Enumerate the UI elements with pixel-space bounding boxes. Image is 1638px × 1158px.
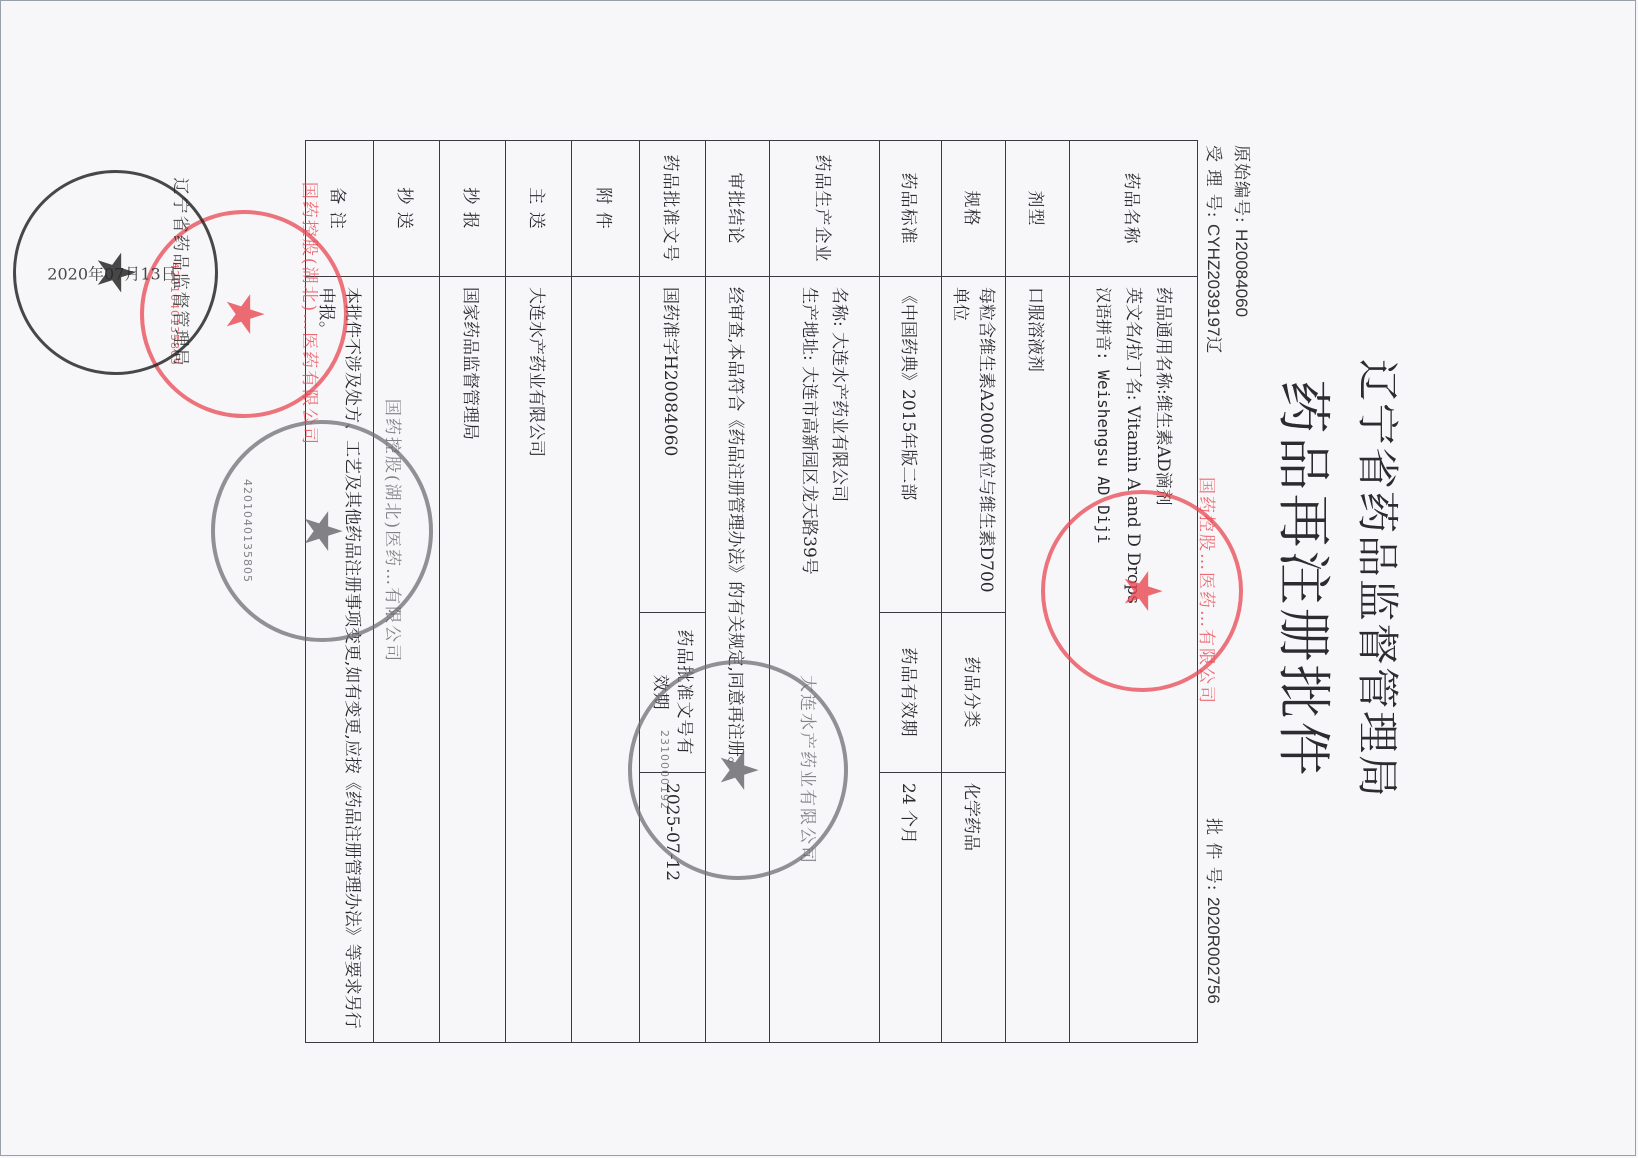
table-row: 药品标准 《中国药典》2015年版二部 药品有效期 24 个月	[880, 141, 942, 1043]
table-row: 规格 每粒含维生素A2000单位与维生素D700单位 药品分类 化学药品	[942, 141, 1006, 1043]
authority-date-seal: ★ 辽宁省药品监督管理局 2020年07月13日	[13, 170, 218, 375]
document-title: 药品再注册批件	[1269, 0, 1346, 1158]
distributor-seal-gray: ★ 国药控股(湖北)医药…有限公司 4201040135805	[211, 420, 433, 642]
report-to-value: 国家药品监督管理局	[440, 277, 506, 1043]
seal-code: 2310000192	[658, 730, 671, 810]
dosage-form-value: 口服溶液剂	[1006, 277, 1070, 1043]
star-icon: ★	[296, 508, 348, 555]
manufacturer-name: 名称: 大连水产药业有限公司	[825, 287, 855, 1032]
dosage-form-label: 剂型	[1006, 141, 1070, 277]
validity-value: 24 个月	[880, 773, 942, 1043]
company-seal-red-top: ★ 国药控股…医药…有限公司	[1041, 490, 1243, 692]
approval-number: 批 件 号: 2020R002756	[1203, 818, 1228, 1004]
report-to-label: 抄 报	[440, 141, 506, 277]
attachment-label: 附 件	[572, 141, 640, 277]
star-icon: ★	[218, 291, 270, 338]
seal-code: 4201040135805	[241, 479, 254, 583]
issuing-organization: 辽宁省药品监督管理局	[1350, 0, 1410, 1158]
table-row: 抄 报 国家药品监督管理局	[440, 141, 506, 1043]
manufacturer-label: 药品生产企业	[770, 141, 880, 277]
seal-text: 国药控股(湖北)…医药有限公司	[299, 182, 324, 446]
drug-name-label: 药品名称	[1070, 141, 1198, 277]
conclusion-label: 审批结论	[706, 141, 770, 277]
validity-label: 药品有效期	[880, 613, 942, 773]
approval-doc-value: 国药准字H20084060	[640, 277, 706, 613]
main-recipient-label: 主 送	[506, 141, 572, 277]
registration-certificate-page: 辽宁省药品监督管理局 药品再注册批件 原始编号: H20084060 受 理 号…	[0, 0, 1638, 1158]
table-row: 审批结论 经审查,本品符合《药品注册管理办法》的有关规定,同意再注册。	[706, 141, 770, 1043]
original-number: 原始编号: H20084060	[1231, 145, 1256, 317]
standard-label: 药品标准	[880, 141, 942, 277]
acceptance-number: 受 理 号: CYHZ2039197辽	[1203, 145, 1228, 353]
seal-date: 2020年07月13日	[47, 261, 176, 284]
acceptance-number-label: 受 理 号:	[1203, 145, 1223, 219]
star-icon: ★	[712, 747, 764, 794]
table-row: 主 送 大连水产药业有限公司	[506, 141, 572, 1043]
specification-label: 规格	[942, 141, 1006, 277]
seal-text: 国药控股…医药…有限公司	[1196, 477, 1221, 705]
category-value: 化学药品	[942, 773, 1006, 1043]
approval-number-value: 2020R002756	[1204, 897, 1223, 1004]
attachment-value	[572, 277, 640, 1043]
original-number-label: 原始编号:	[1231, 145, 1251, 224]
table-row: 附 件	[572, 141, 640, 1043]
table-row: 药品生产企业 名称: 大连水产药业有限公司 生产地址: 大连市高新园区龙天路39…	[770, 141, 880, 1043]
manufacturer-address: 生产地址: 大连市高新园区龙天路39号	[795, 287, 825, 1032]
table-row: 药品批准文号 国药准字H20084060 药品批准文号有效期 2025-07-1…	[640, 141, 706, 1043]
approval-doc-label: 药品批准文号	[640, 141, 706, 277]
manufacturer-value: 名称: 大连水产药业有限公司 生产地址: 大连市高新园区龙天路39号	[770, 277, 880, 1043]
specification-value: 每粒含维生素A2000单位与维生素D700单位	[942, 277, 1006, 613]
seal-text: 国药控股(湖北)医药…有限公司	[382, 399, 407, 663]
copy-to-label: 抄 送	[374, 141, 440, 277]
standard-value: 《中国药典》2015年版二部	[880, 277, 942, 613]
star-icon: ★	[1116, 568, 1168, 615]
category-label: 药品分类	[942, 613, 1006, 773]
original-number-value: H20084060	[1232, 229, 1251, 317]
main-recipient-value: 大连水产药业有限公司	[506, 277, 572, 1043]
acceptance-number-value: CYHZ2039197辽	[1204, 224, 1223, 353]
seal-text: 大连水产药业有限公司	[797, 675, 822, 865]
approval-number-label: 批 件 号:	[1203, 818, 1223, 892]
manufacturer-seal-gray: ★ 大连水产药业有限公司 2310000192	[628, 660, 848, 880]
